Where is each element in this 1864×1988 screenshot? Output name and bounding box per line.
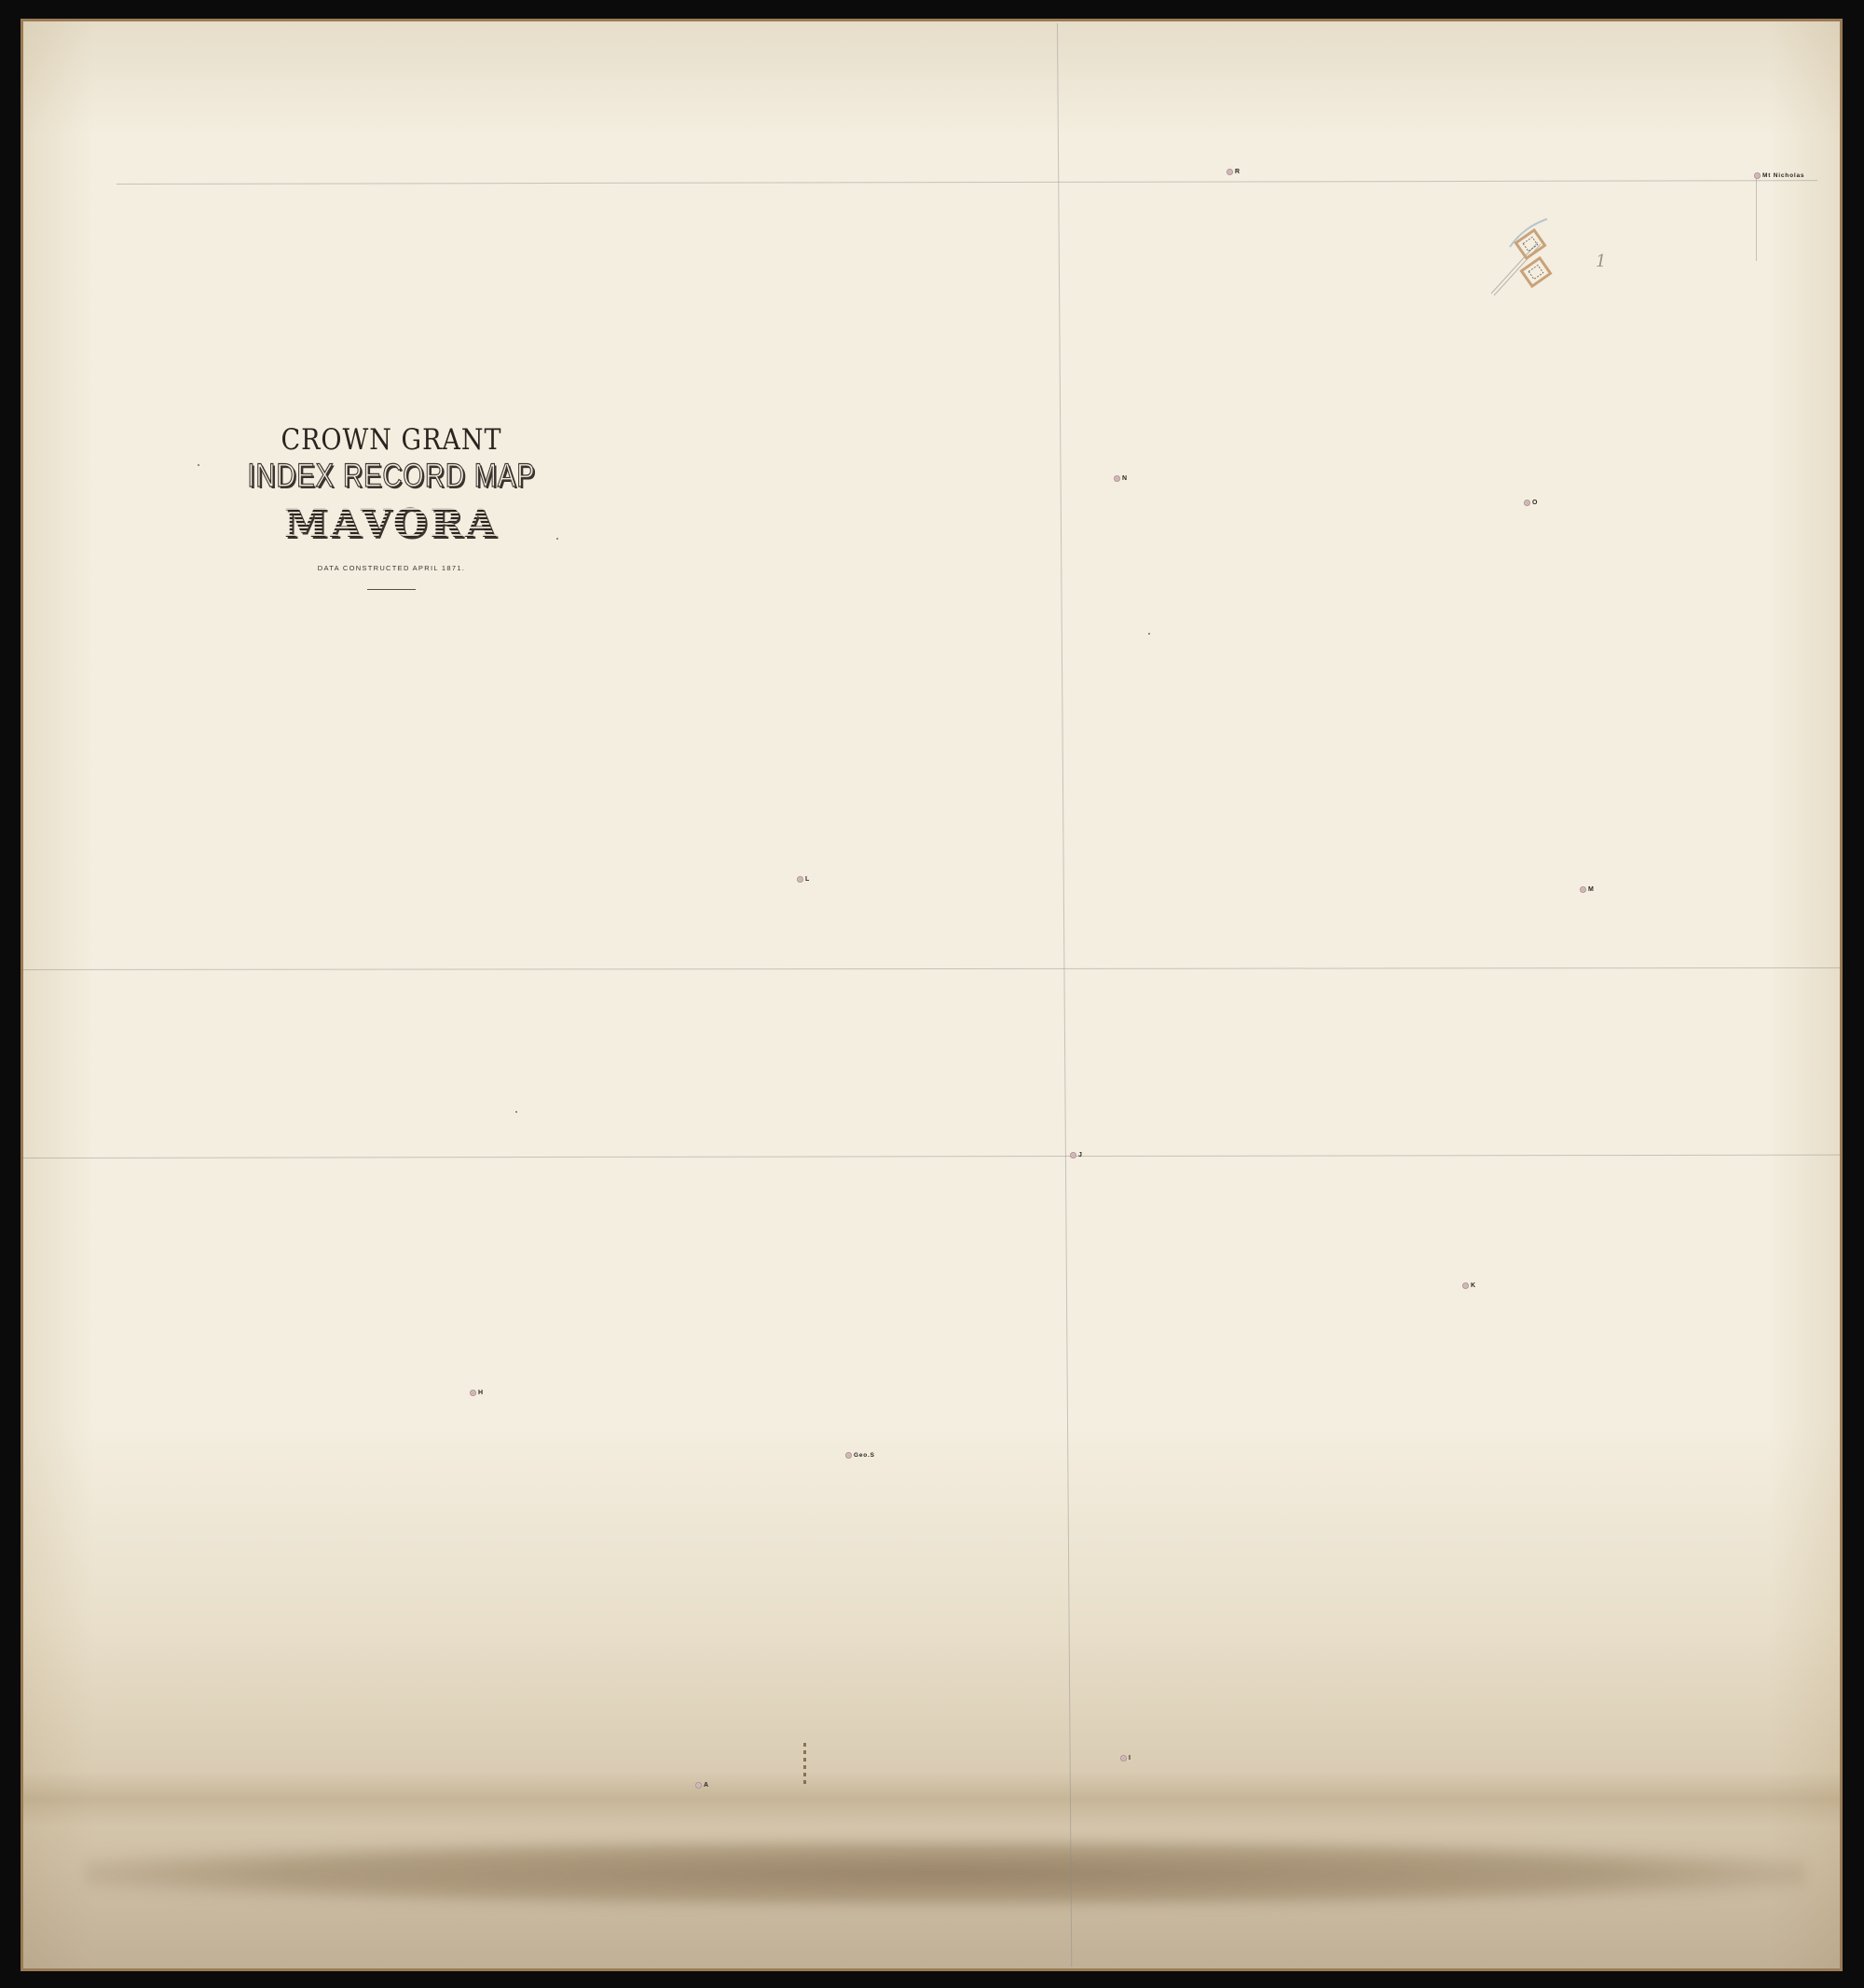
station-j[interactable]: J: [1070, 1152, 1082, 1159]
map-sheet: [21, 19, 1843, 1971]
station-n[interactable]: N: [1114, 475, 1128, 482]
station-marker-icon: [1754, 172, 1761, 179]
station-label: K: [1471, 1282, 1476, 1289]
station-marker-icon: [1462, 1282, 1469, 1289]
station-r[interactable]: R: [1227, 169, 1240, 175]
station-a[interactable]: A: [695, 1782, 709, 1789]
paper-speck: [515, 1111, 517, 1113]
paper-speck: [1148, 633, 1150, 635]
station-marker-icon: [1120, 1755, 1127, 1762]
grid-line-right: [1756, 177, 1757, 261]
paper-speck: [198, 464, 199, 466]
station-label: R: [1235, 169, 1240, 175]
station-label: A: [704, 1782, 709, 1789]
station-label: Mt Nicholas: [1762, 172, 1804, 179]
station-label: H: [478, 1390, 484, 1396]
station-label: M: [1588, 886, 1594, 893]
title-rule: [367, 589, 416, 590]
station-label: L: [805, 876, 810, 883]
parcel-sketch: [1482, 205, 1612, 308]
station-k[interactable]: K: [1462, 1282, 1476, 1289]
sketch-mark: 1: [1596, 252, 1606, 271]
station-marker-icon: [1070, 1152, 1076, 1159]
station-h[interactable]: H: [470, 1390, 484, 1396]
station-label: O: [1532, 500, 1538, 506]
station-marker-icon: [1114, 475, 1120, 482]
paper-speck: [556, 538, 558, 540]
station-l[interactable]: L: [797, 876, 810, 883]
station-marker-icon: [797, 876, 803, 883]
station-o[interactable]: O: [1524, 500, 1538, 506]
station-label: N: [1122, 475, 1128, 482]
station-marker-icon: [1580, 886, 1586, 893]
station-marker-icon: [1524, 500, 1530, 506]
station-geo-s[interactable]: Geo.S: [845, 1452, 875, 1459]
station-i[interactable]: I: [1120, 1755, 1131, 1762]
map-title-block: CROWN GRANT INDEX RECORD MAP MAVORA DATA…: [214, 424, 569, 590]
station-marker-icon: [695, 1782, 702, 1789]
station-label: Geo.S: [854, 1452, 875, 1459]
station-label: I: [1129, 1755, 1131, 1762]
station-marker-icon: [845, 1452, 852, 1459]
ink-mark: [803, 1743, 806, 1785]
title-date-constructed: DATA CONSTRUCTED APRIL 1871.: [214, 564, 569, 572]
stain-band-upper: [21, 1771, 1843, 1827]
station-label: J: [1078, 1152, 1082, 1159]
station-mt-nicholas[interactable]: Mt Nicholas: [1754, 172, 1804, 179]
stain-band-lower: [86, 1841, 1805, 1906]
station-marker-icon: [470, 1390, 476, 1396]
station-m[interactable]: M: [1580, 886, 1594, 893]
station-marker-icon: [1227, 169, 1233, 175]
title-mavora: MAVORA: [214, 499, 569, 549]
title-mavora-wrap: MAVORA: [214, 499, 569, 549]
title-index-record-map: INDEX RECORD MAP: [214, 454, 569, 499]
